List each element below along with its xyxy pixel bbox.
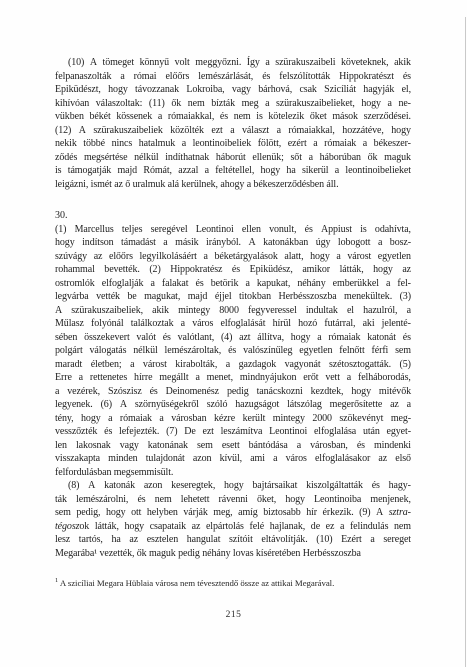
text-line: (10)Atömegetkönnyűvoltmeggyőzni.Ígyaszür… bbox=[55, 57, 411, 71]
text-line: Aszürakuszaibeliek,akikmintegy8000fegyve… bbox=[55, 305, 411, 319]
book-page: (10)Atömegetkönnyűvoltmeggyőzni.Ígyaszür… bbox=[0, 0, 467, 667]
section-number-heading: 30. bbox=[55, 210, 411, 224]
text-line: hogyindítsontámadástamásikirányból.Akato… bbox=[55, 237, 411, 251]
text-block: (10)Atömegetkönnyűvoltmeggyőzni.Ígyaszür… bbox=[55, 57, 411, 588]
text-line: nekiktöbbénincshatalmukaleontinoibeliekf… bbox=[55, 138, 411, 152]
text-line: sébenösszekevertvalótésvalótlant,(4)aztá… bbox=[55, 332, 411, 346]
text-line: felpanaszoltákarómaielőőrslemészárlását,… bbox=[55, 71, 411, 85]
text-line: (12)Aszürakuszaibeliekközöltékeztaválasz… bbox=[55, 125, 411, 139]
paragraph: (10)Atömegetkönnyűvoltmeggyőzni.Ígyaszür… bbox=[55, 57, 411, 192]
text-line: tény,hogyarómaiakavárosbankézrekerültmin… bbox=[55, 413, 411, 427]
paragraph: (1)MarcellusteljesseregévelLeontinoielle… bbox=[55, 224, 411, 481]
text-line: Műlaszfolyónáltalálkoztakavároselfoglalá… bbox=[55, 318, 411, 332]
text-line: sempedig,hogyotthelybenvárjákmeg,amígbiz… bbox=[55, 507, 411, 521]
text-line: maradtéletben;avárostkirabolták,agazdago… bbox=[55, 359, 411, 373]
text-line: szúvágyazelőőrslegyilkolásáértabéketárgy… bbox=[55, 251, 411, 265]
text-line: lenlakosnakvagykatonánaksemesettbántódás… bbox=[55, 440, 411, 454]
text-line: polgártválogatásnélküllemészároltak,ésva… bbox=[55, 345, 411, 359]
text-line: (8)Akatonákazonkeseregtek,hogybajtársaik… bbox=[55, 480, 411, 494]
text-line: rohammalbevették.(2)HippokratészésEpiküd… bbox=[55, 264, 411, 278]
paragraph: (8)Akatonákazonkeseregtek,hogybajtársaik… bbox=[55, 480, 411, 561]
text-line: ostromlókelfoglaljákafalakatésbetörikaka… bbox=[55, 278, 411, 292]
body-text: (10)Atömegetkönnyűvoltmeggyőzni.Ígyaszür… bbox=[55, 57, 411, 561]
text-line: leigázni, ismét az ő uralmuk alá kerülne… bbox=[55, 179, 411, 193]
text-line: táklemészárolni,ésnemlehetettrávenniőket… bbox=[55, 494, 411, 508]
text-line: tégoszoklátták,hogycsapataikazelpártolás… bbox=[55, 521, 411, 535]
text-line: legyenek.(6)Aszörnyűségekrőlszólóhazugsá… bbox=[55, 399, 411, 413]
text-line: istámogatjákmajdRómát,azzalafeltétellel,… bbox=[55, 165, 411, 179]
text-line: Megarába¹ vezették, ők maguk pedig néhán… bbox=[55, 548, 411, 562]
footnote: 1 A szicíliai Megara Hüblaia városa nem … bbox=[55, 578, 411, 588]
footnote-text: A szicíliai Megara Hüblaia városa nem té… bbox=[58, 578, 334, 588]
text-line: felfordulásban megsemmisült. bbox=[55, 467, 411, 481]
text-line: (1)MarcellusteljesseregévelLeontinoielle… bbox=[55, 224, 411, 238]
text-line: lesztartós,haazesztelenhangulatszítóitel… bbox=[55, 534, 411, 548]
text-line: vükbenbékétkössenekarómaiakkal,ésnemiskö… bbox=[55, 111, 411, 125]
text-line: Errearetteneteshírremegálltamenet,mindny… bbox=[55, 372, 411, 386]
text-line: avezérek,SzósziszésDeinomenészpedigtanác… bbox=[55, 386, 411, 400]
text-line: ződésmegsértésenélkülindíthatnakháborúte… bbox=[55, 152, 411, 166]
page-edge-line bbox=[465, 17, 466, 667]
text-line: Epiküdészt,hogytávozzanakLokroiba,vagybá… bbox=[55, 84, 411, 98]
page-number: 215 bbox=[0, 610, 467, 620]
text-line: legvárbavettékbemagukat,majdéjjeltitokba… bbox=[55, 291, 411, 305]
text-line: visszakaptamindentulajdonátazonkívül,ami… bbox=[55, 453, 411, 467]
text-line: kihívóanválaszoltak:(11)őknembíztákmegas… bbox=[55, 98, 411, 112]
text-line: vesszőztékéslefejezték.(7)Deeztleszámítv… bbox=[55, 426, 411, 440]
